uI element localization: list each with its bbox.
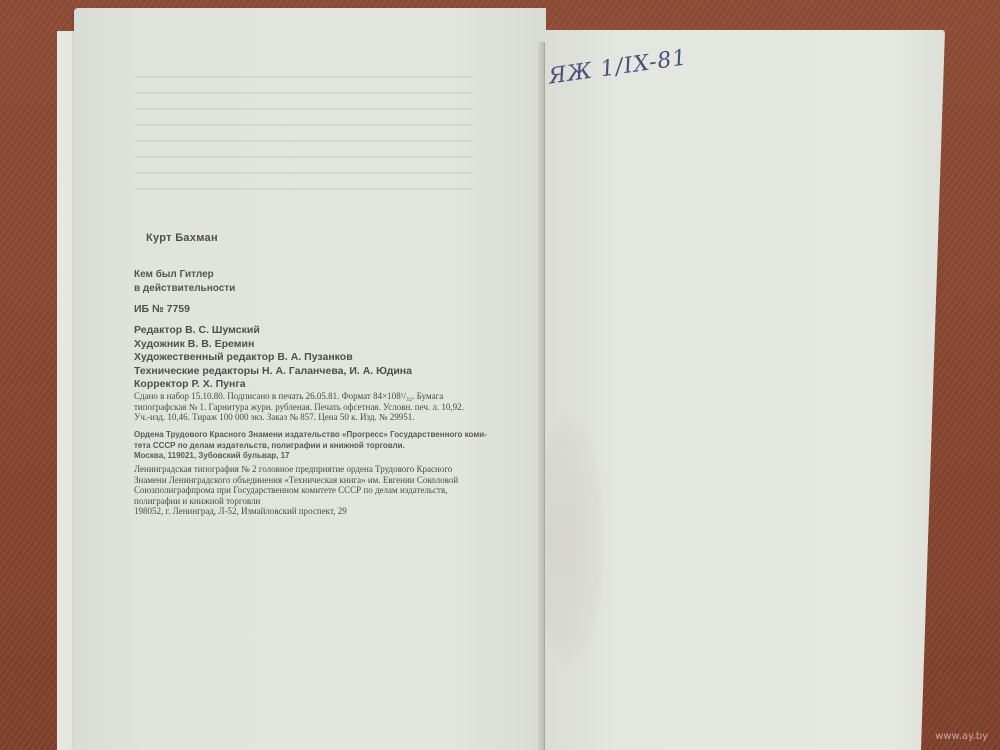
ib-number: ИБ № 7759	[134, 303, 190, 315]
title-line: в действительности	[134, 282, 235, 296]
imprint-details: Сдано в набор 15.10.80. Подписано в печа…	[134, 391, 464, 423]
publisher-info: Ордена Трудового Красного Знамени издате…	[134, 430, 487, 462]
publisher-line: Москва, 119021, Зубовский бульвар, 17	[134, 451, 487, 462]
printer-line: 198052, г. Ленинград, Л-52, Измайловский…	[134, 506, 458, 517]
printer-line: полиграфии и книжной торговли	[134, 496, 458, 507]
imprint-line: Сдано в набор 15.10.80. Подписано в печа…	[134, 391, 464, 402]
site-watermark: www.ay.by	[935, 731, 988, 742]
imprint-line: типографская № 1. Гарнитура журн. рублен…	[134, 402, 464, 413]
book-title: Кем был Гитлер в действительности	[134, 268, 235, 296]
printer-line: Ленинградская типография № 2 головное пр…	[134, 464, 458, 475]
credit-technical-editors: Технические редакторы Н. А. Галанчева, И…	[134, 365, 412, 379]
printer-info: Ленинградская типография № 2 головное пр…	[134, 464, 458, 517]
credits-list: Редактор В. С. Шумский Художник В. В. Ер…	[134, 324, 412, 392]
right-page	[545, 30, 945, 750]
publisher-line: Ордена Трудового Красного Знамени издате…	[134, 430, 487, 441]
printer-line: Союзполиграфпрома при Государственном ко…	[134, 485, 458, 496]
author-name: Курт Бахман	[146, 232, 218, 244]
publisher-line: тета СССР по делам издательств, полиграф…	[134, 441, 487, 452]
show-through-text	[134, 68, 474, 198]
credit-artist: Художник В. В. Еремин	[134, 338, 412, 352]
printer-line: Знамени Ленинградского объединения «Техн…	[134, 475, 458, 486]
credit-editor: Редактор В. С. Шумский	[134, 324, 412, 338]
credit-proofreader: Корректор Р. Х. Пунга	[134, 378, 412, 392]
paper-stain	[535, 410, 605, 670]
title-line: Кем был Гитлер	[134, 268, 235, 282]
imprint-line: Уч.-изд. 10,46. Тираж 100 000 экз. Заказ…	[134, 412, 464, 423]
credit-art-editor: Художественный редактор В. А. Пузанков	[134, 351, 412, 365]
